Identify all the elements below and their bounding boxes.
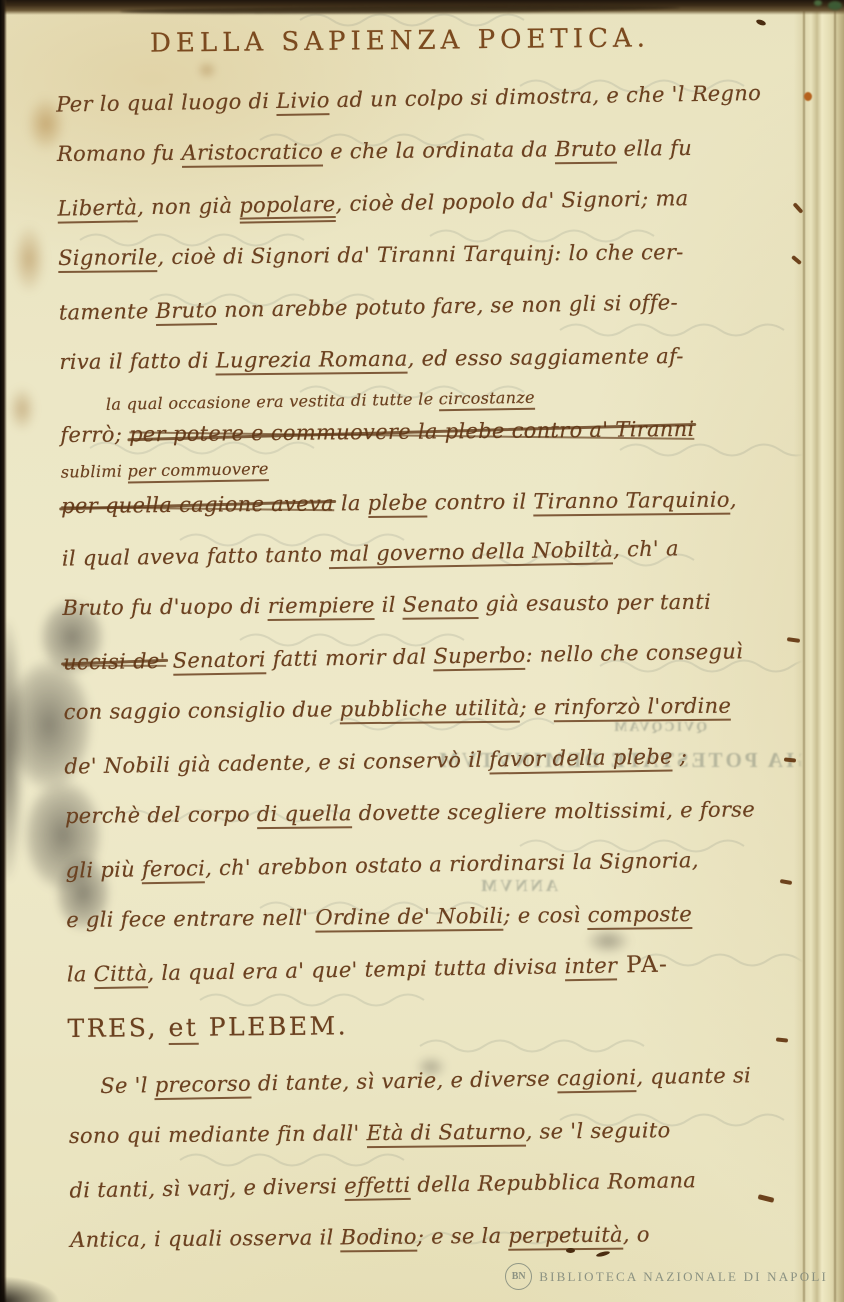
struck-text-segment: per quella cagione aveva [61, 491, 334, 518]
text-segment: Antica, i quali osserva il [70, 1225, 341, 1252]
text-segment: et [168, 1013, 198, 1045]
text-segment: Bruto [155, 298, 217, 326]
manuscript-scan: DE REGIA POTESTATE DEMINVTVM QVICQVAM AN… [0, 0, 844, 1302]
text-segment: Bodino [340, 1225, 416, 1253]
text-segment: Per lo qual luogo di [56, 89, 276, 117]
text-segment: , cioè del popolo da' Signori; ma [335, 186, 688, 216]
manuscript-line: TRES, et PLEBEM. [67, 994, 804, 1061]
text-segment: , [730, 488, 737, 512]
text-segment: fatti morir dal [266, 644, 434, 671]
text-segment: Città [94, 961, 148, 989]
text-segment: Ordine de' Nobili [315, 904, 503, 933]
text-segment: ferrò; [60, 422, 129, 447]
text-segment: , ch' arebbon ostato a riordinarsi la Si… [205, 848, 699, 880]
text-segment: , la qual era a' que' tempi tutta divisa [147, 954, 565, 985]
text-segment: Tiranno Tarquinio [533, 488, 730, 517]
corner-shadow [0, 1276, 60, 1302]
library-monogram-icon: BN [505, 1263, 532, 1290]
text-segment: TRES, [67, 1013, 168, 1043]
text-segment: , quante si [636, 1063, 751, 1089]
text-segment: , ch' a [613, 536, 679, 561]
text-segment: di tante, sì varie, e diverse [251, 1066, 557, 1095]
text-segment: tamente [59, 299, 156, 325]
text-segment: de' Nobili già cadente, e si conservò il [64, 748, 489, 779]
text-segment: , cioè di Signori da' Tiranni Tarquinj: … [157, 240, 683, 269]
manuscript-line: tamente Bruto non arebbe potuto fare, se… [58, 277, 795, 341]
text-segment: di tanti, sì varj, e diversi [69, 1174, 344, 1203]
text-segment: feroci [142, 856, 206, 884]
manuscript-line: la Città, la qual era a' que' tempi tutt… [67, 939, 804, 1003]
text-segment: già esausto per tanti [478, 590, 711, 616]
text-segment: ella fu [616, 136, 692, 161]
manuscript-body: Per lo qual luogo di Livio ad un colpo s… [56, 71, 806, 1270]
text-segment: Superbo [433, 643, 525, 672]
text-segment: ad un colpo si dimostra, e che 'l Regno [329, 81, 761, 112]
text-segment: circostanze [439, 388, 535, 412]
text-segment: Senatori [172, 647, 266, 676]
text-segment: dovette scegliere moltissimi, e forse [352, 797, 756, 825]
text-segment: ; [673, 744, 688, 768]
manuscript-line: Signorile, cioè di Signori da' Tiranni T… [58, 228, 794, 287]
text-segment: PA- [617, 952, 668, 979]
text-segment: mal governo della Nobiltà [329, 537, 613, 569]
foxing-stain [8, 386, 36, 432]
manuscript-line: il qual aveva fatto tanto mal governo de… [61, 523, 798, 587]
text-segment: ; e se la [417, 1224, 509, 1249]
manuscript-line: di tanti, sì varj, e diversi effetti del… [69, 1155, 806, 1219]
text-segment: non arebbe potuto fare, se non gli si of… [217, 290, 678, 322]
text-segment: , se 'l seguito [526, 1118, 671, 1143]
text-segment: inter [564, 953, 617, 981]
text-segment: Libertà [57, 195, 137, 223]
text-segment: pubbliche utilità [340, 696, 520, 725]
manuscript-line: sono qui mediante fin dall' Età di Satur… [69, 1106, 805, 1165]
text-segment: contro il [428, 489, 534, 514]
text-segment: Bruto [555, 137, 617, 165]
text-segment: plebe [368, 490, 428, 518]
text-segment: , ed esso saggiamente af- [407, 344, 683, 371]
text-segment: per commuovere [127, 459, 269, 483]
text-segment: popolare [239, 192, 336, 224]
binding-edge-left [0, 0, 7, 1302]
text-segment: Aristocratico [182, 139, 324, 167]
manuscript-line: Bruto fu d'uopo di riempiere il Senato g… [62, 578, 798, 637]
text-segment: ; e così [503, 903, 587, 928]
text-segment: gli più [65, 857, 142, 882]
text-segment: precorso [155, 1072, 252, 1101]
binding-edge-top [0, 0, 844, 15]
text-segment: effetti [344, 1173, 411, 1201]
text-segment: rinforzò l'ordine [554, 694, 732, 723]
text-segment: riempiere [268, 593, 375, 621]
text-segment: , o [623, 1222, 650, 1246]
text-segment: Romano fu [57, 141, 182, 166]
manuscript-line: Per lo qual luogo di Livio ad un colpo s… [56, 69, 793, 133]
book-fore-edge [794, 0, 844, 1302]
text-segment: Livio [276, 88, 330, 116]
text-segment: Signorile [58, 245, 158, 273]
foxing-stain [12, 224, 46, 294]
text-segment: la [67, 962, 94, 986]
mold-speck [814, 0, 822, 6]
text-segment: perchè del corpo [65, 802, 257, 828]
text-segment: , non già [137, 194, 239, 220]
manuscript-line: Antica, i quali osserva il Bodino; e se … [70, 1210, 806, 1269]
library-watermark: BN BIBLIOTECA NAZIONALE DI NAPOLI [505, 1263, 828, 1290]
text-segment: il [375, 593, 403, 617]
manuscript-line: e gli fece entrare nell' Ordine de' Nobi… [66, 890, 802, 949]
manuscript-line: gli più feroci, ch' arebbon ostato a rio… [65, 835, 802, 899]
text-segment: e gli fece entrare nell' [66, 906, 315, 932]
text-segment: riva il fatto di [59, 349, 216, 374]
text-segment: e che la ordinata da [323, 137, 555, 163]
text-segment: la qual occasione era vestita di tutte l… [106, 389, 439, 414]
ink-spot [566, 1248, 575, 1253]
text-segment: PLEBEM. [198, 1011, 348, 1041]
text-segment: Bruto fu d'uopo di [62, 594, 268, 620]
manuscript-line: de' Nobili già cadente, e si conservò il… [64, 731, 801, 795]
manuscript-line: riva il fatto di Lugrezia Romana, ed ess… [59, 332, 795, 391]
text-segment: il qual aveva fatto tanto [62, 542, 330, 570]
text-segment: : nello che conseguì [525, 639, 743, 667]
text-segment: Se 'l [100, 1073, 155, 1098]
text-segment: della Repubblica Romana [410, 1168, 696, 1197]
manuscript-line: con saggio consiglio due pubbliche utili… [64, 682, 800, 741]
manuscript-line: perchè del corpo di quella dovette scegl… [65, 786, 801, 845]
text-segment: con saggio consiglio due [64, 697, 340, 724]
text-segment: Lugrezia Romana [216, 347, 408, 376]
manuscript-line: Libertà, non già popolare, cioè del popo… [57, 173, 794, 237]
text-segment: sublimi [61, 461, 128, 481]
text-segment: Età di Saturno [366, 1120, 525, 1149]
struck-text-segment: uccisi de' [63, 649, 166, 675]
text-segment: Senato [403, 592, 479, 620]
text-segment: sono qui mediante fin dall' [69, 1121, 367, 1148]
manuscript-line: Romano fu Aristocratico e che la ordinat… [57, 124, 793, 183]
library-watermark-label: BIBLIOTECA NAZIONALE DI NAPOLI [539, 1269, 828, 1285]
text-segment: favor della plebe [489, 744, 673, 774]
struck-text-segment: per potere e commuovere la plebe contro … [129, 417, 695, 446]
foxing-stain [196, 60, 218, 80]
mold-speck [828, 1, 842, 10]
text-segment: perpetuità [508, 1223, 623, 1251]
text-segment: composte [588, 902, 693, 930]
manuscript-line: Se 'l precorso di tante, sì varie, e div… [68, 1051, 805, 1115]
text-segment: la [334, 491, 368, 515]
text-segment: ; e [519, 695, 553, 719]
text-segment: di quella [257, 801, 352, 829]
text-segment: cagioni [557, 1065, 637, 1093]
rust-speck [804, 92, 812, 101]
manuscript-line: uccisi de' Senatori fatti morir dal Supe… [63, 627, 800, 691]
